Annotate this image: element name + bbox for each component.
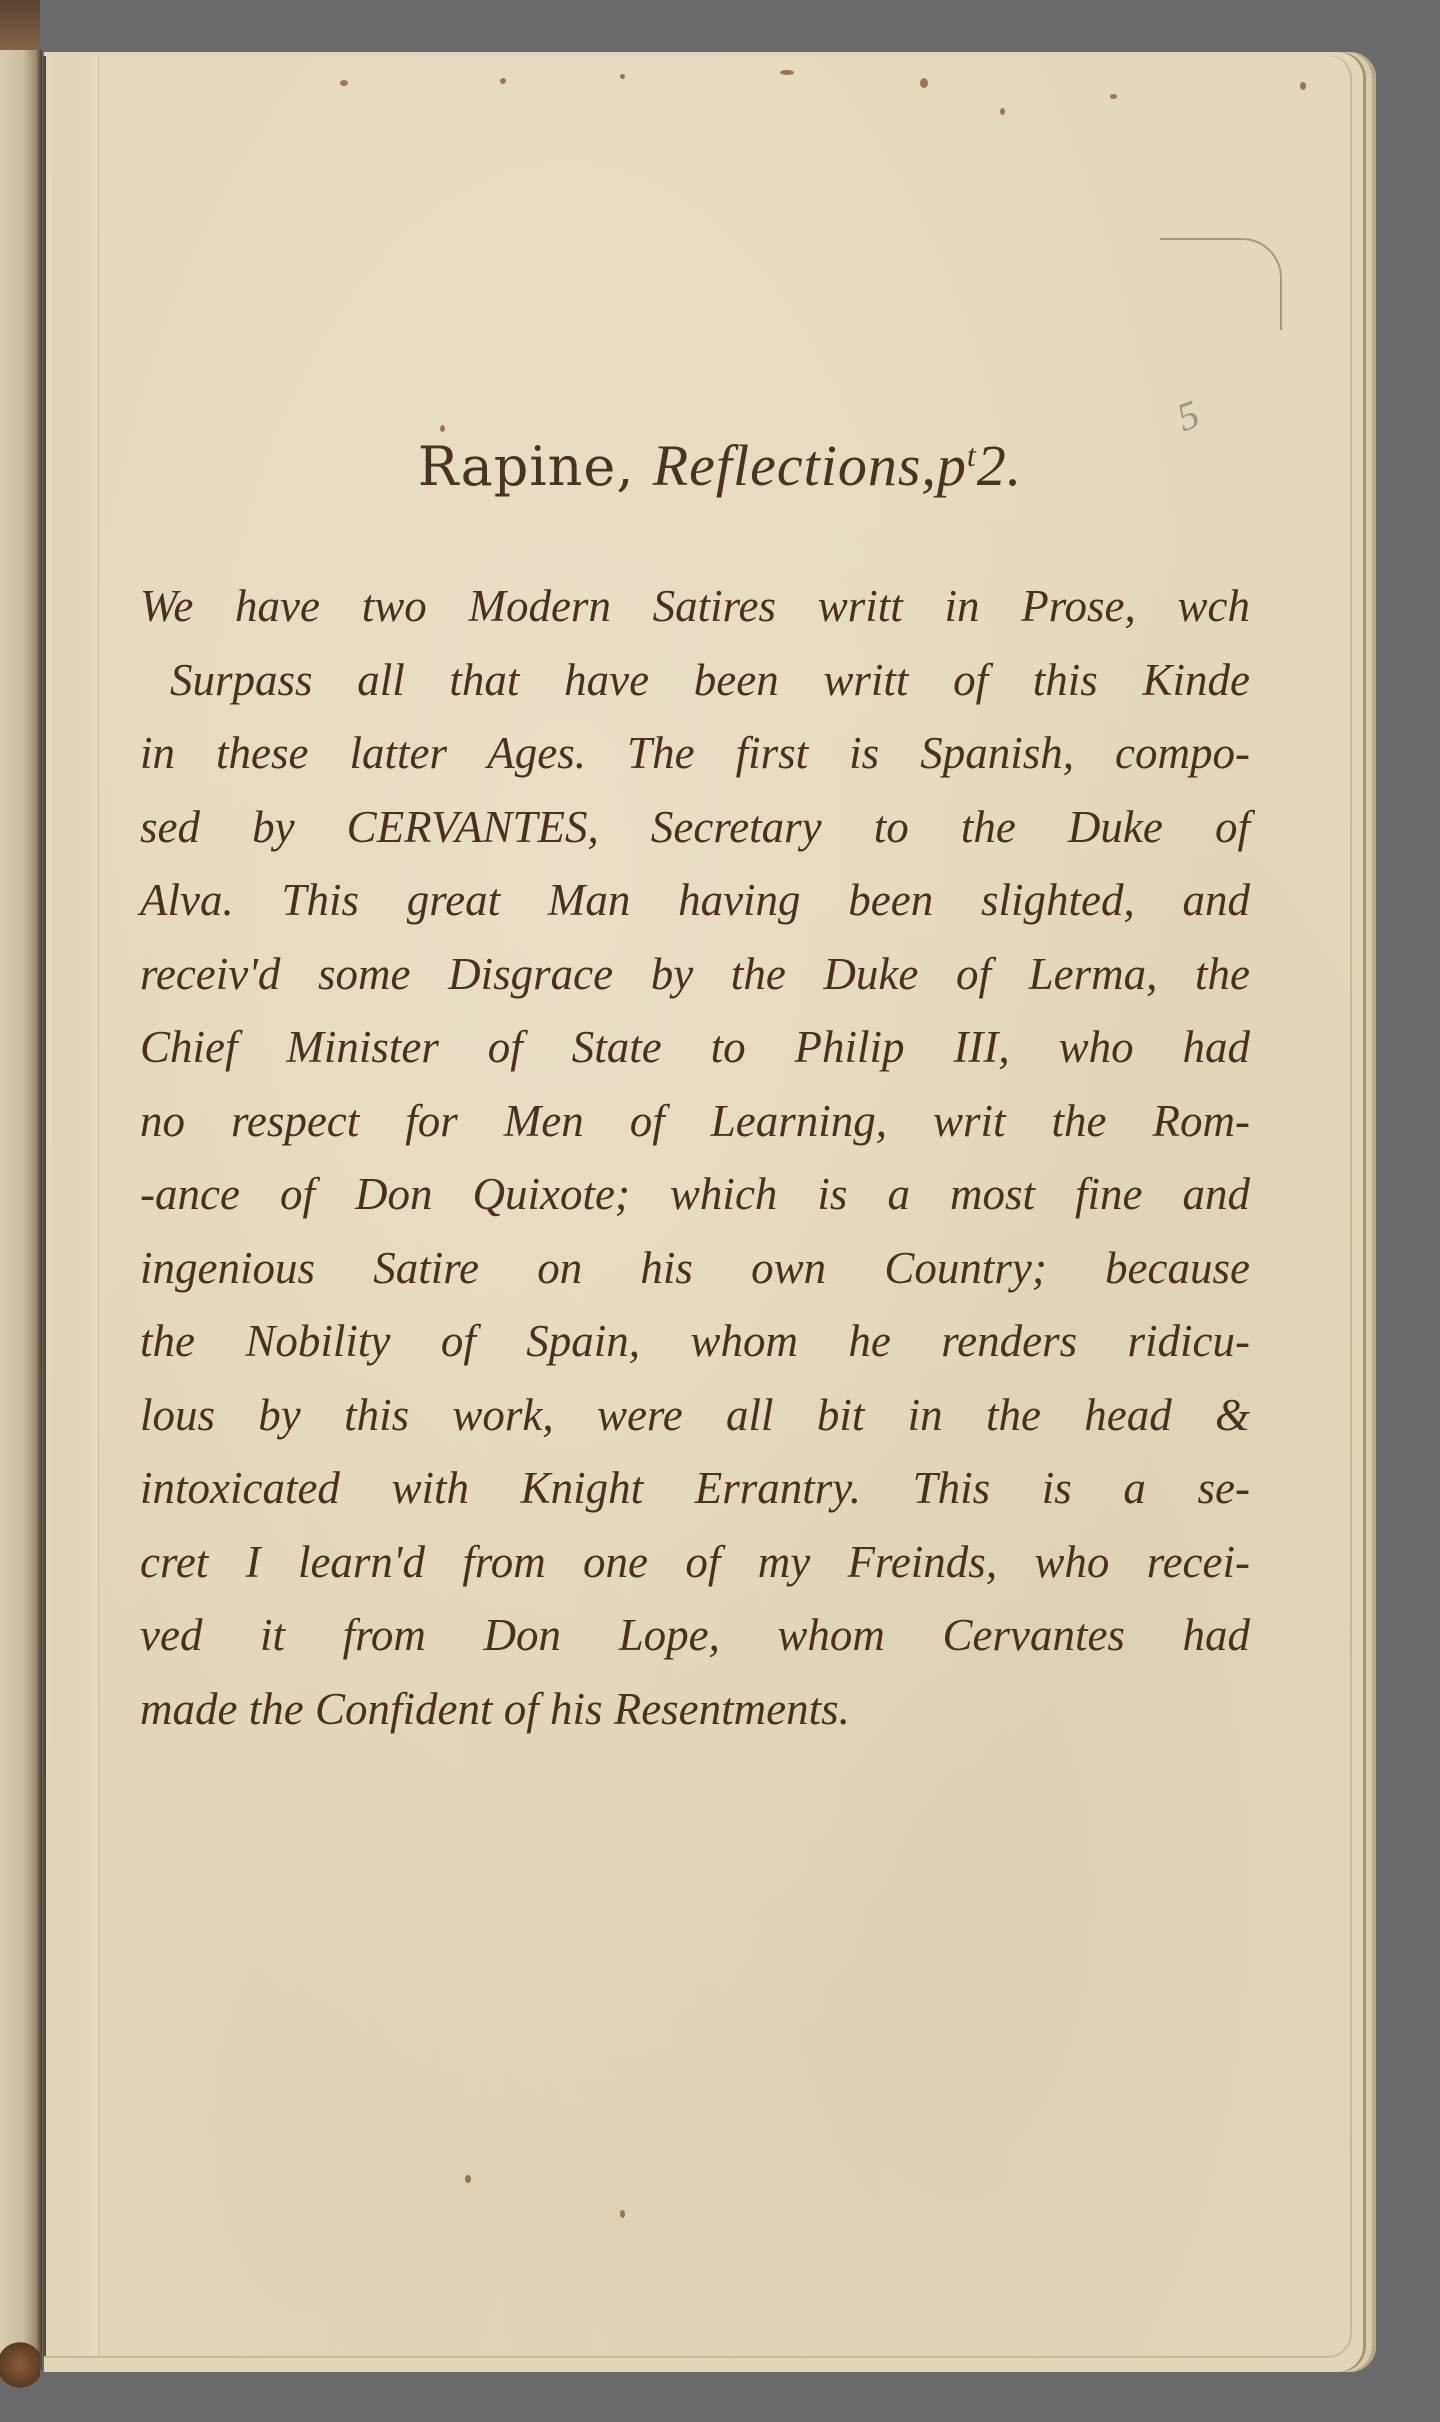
text-line: intoxicated with Knight Errantry. This i… [140, 1452, 1250, 1526]
foxing-spot [1300, 82, 1306, 90]
text-line: sed by CERVANTES, Secretary to the Duke … [140, 791, 1250, 865]
text-line: no respect for Men of Learning, writ the… [140, 1085, 1250, 1159]
text-line: -ance of Don Quixote; which is a most fi… [140, 1158, 1250, 1232]
text-line: Chief Minister of State to Philip III, w… [140, 1011, 1250, 1085]
foxing-spot [465, 2175, 471, 2183]
gutter-line [43, 56, 46, 2356]
text-line: lous by this work, were all bit in the h… [140, 1379, 1250, 1453]
title-part-sup: t [967, 437, 977, 473]
text-line: receiv'd some Disgrace by the Duke of Le… [140, 938, 1250, 1012]
inner-margin-fold [52, 56, 99, 2356]
title-author: Rapine [418, 435, 617, 498]
foxing-spot [620, 74, 625, 79]
foxing-spot [1110, 94, 1117, 99]
foxing-spot [920, 78, 928, 88]
manuscript-body: We have two Modern Satires writt in Pros… [140, 570, 1250, 1746]
foxing-spot [500, 78, 506, 84]
text-line: Surpass all that have been writt of this… [140, 644, 1250, 718]
page-title: Rapine, Reflections,pt2. [0, 432, 1440, 499]
text-line: ingenious Satire on his own Country; bec… [140, 1232, 1250, 1306]
foxing-spot [780, 70, 794, 75]
foxing-spot [340, 80, 348, 86]
text-line: in these latter Ages. The first is Spani… [140, 717, 1250, 791]
foxing-spot [1000, 108, 1005, 115]
text-line: the Nobility of Spain, whom he renders r… [140, 1305, 1250, 1379]
text-line: made the Confident of his Resentments. [140, 1673, 1250, 1747]
title-part-prefix: ,p [921, 433, 967, 498]
text-line: Alva. This great Man having been slighte… [140, 864, 1250, 938]
title-work: Reflections [653, 433, 922, 498]
foxing-spot [440, 425, 445, 432]
title-part-number: 2. [977, 433, 1023, 498]
foxing-spot [620, 2210, 625, 2218]
pencil-mark [1160, 238, 1282, 330]
book-spine [0, 50, 42, 2370]
text-line: ved it from Don Lope, whom Cervantes had [140, 1599, 1250, 1673]
spine-bottom-binding [0, 2340, 40, 2390]
text-line: cret I learn'd from one of my Freinds, w… [140, 1526, 1250, 1600]
text-line: We have two Modern Satires writt in Pros… [140, 570, 1250, 644]
title-separator: , [616, 435, 652, 498]
